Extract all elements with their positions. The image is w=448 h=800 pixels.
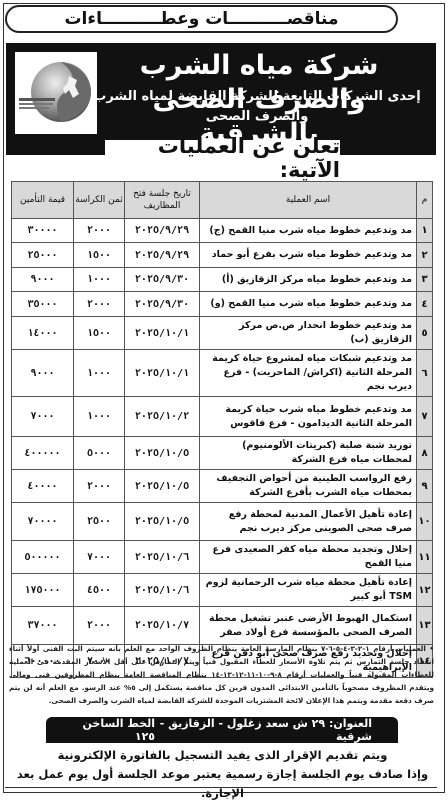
- row-insurance: ٥٠٠٠٠٠: [12, 541, 74, 574]
- row-name: رفع الرواسب الطينية من أحواض التجفيف بمح…: [200, 470, 417, 503]
- row-num: ١: [417, 219, 433, 243]
- announcement-text: تعلن عن العمليات الآتية:: [105, 134, 340, 182]
- row-date: ٢٠٢٥/١٠/٧: [125, 607, 200, 645]
- row-date: ٢٠٢٥/١٠/١: [125, 317, 200, 350]
- row-name: إعادة تأهيل محطة مياه شرب الرحمانية لزوم…: [200, 574, 417, 607]
- row-insurance: ٩٠٠٠: [12, 268, 74, 292]
- row-booklet-price: ٤٥٠٠: [74, 574, 125, 607]
- footer-line-2: وإذا صادف يوم الجلسة إجازة رسمية يعتبر م…: [10, 765, 435, 800]
- table-row: ٤ مد وتدعيم خطوط مياه شرب منيا القمح (و)…: [12, 292, 433, 317]
- row-insurance: ٣٧٠٠٠: [12, 607, 74, 645]
- address-text: العنوان: ٢٩ ش سعد زغلول - الزقازيق - شرق…: [155, 717, 372, 743]
- row-name: مد وتدعيم شبكات مياه لمشروع حياة كريمة ا…: [200, 350, 417, 397]
- row-num: ٩: [417, 470, 433, 503]
- row-booklet-price: ٢٠٠٠: [74, 470, 125, 503]
- frame-bottom-rule: [5, 787, 437, 788]
- row-name: مد وتدعيم خطوط مياه شرب منيا القمح (و): [200, 292, 417, 317]
- row-date: ٢٠٢٥/٩/٢٩: [125, 243, 200, 268]
- row-name: توريد شبة صلبة (كبريتات الألومنيوم) لمحط…: [200, 437, 417, 470]
- row-date: ٢٠٢٥/١٠/٢: [125, 397, 200, 437]
- row-booklet-price: ١٥٠٠: [74, 243, 125, 268]
- table-row: ٢ مد وتدعيم خطوط مياه شرب بفرع أبو حماد …: [12, 243, 433, 268]
- hotline-text: الخط الساخن ١٢٥: [72, 717, 155, 743]
- row-num: ١٣: [417, 607, 433, 645]
- col-header-insurance: قيمة التأمين: [12, 182, 74, 219]
- row-insurance: ٤٠٠٠٠: [12, 470, 74, 503]
- table-row: ٨ توريد شبة صلبة (كبريتات الألومنيوم) لم…: [12, 437, 433, 470]
- row-insurance: ٤٠٠٠٠٠: [12, 437, 74, 470]
- row-insurance: ٣٥٠٠٠: [12, 292, 74, 317]
- tenders-table: م اسم العملية تاريخ جلسة فتح المظاريف ثم…: [11, 181, 433, 678]
- col-header-num: م: [417, 182, 433, 219]
- row-num: ٢: [417, 243, 433, 268]
- row-num: ٦: [417, 350, 433, 397]
- row-booklet-price: ٧٠٠٠: [74, 541, 125, 574]
- row-booklet-price: ٢٥٠٠: [74, 503, 125, 541]
- row-insurance: ٧٠٠٠٠: [12, 503, 74, 541]
- row-insurance: ٧٠٠٠: [12, 397, 74, 437]
- row-booklet-price: ١٥٠٠: [74, 317, 125, 350]
- tender-notes: • العمليات أرقام ١-٢-٣-٤-٥-٦-٧ بنظام الم…: [9, 642, 434, 707]
- row-booklet-price: ٥٠٠٠: [74, 437, 125, 470]
- row-date: ٢٠٢٥/٩/٣٠: [125, 268, 200, 292]
- row-date: ٢٠٢٥/١٠/٦: [125, 574, 200, 607]
- row-insurance: ١٤٠٠٠: [12, 317, 74, 350]
- row-name: مد وتدعيم خطوط مياه مركز الزقازيق (أ): [200, 268, 417, 292]
- row-name: مد وتدعيم خطوط مياه شرب حياة كريمة المرح…: [200, 397, 417, 437]
- table-row: ١٠ إعادة تأهيل الأعمال المدنية لمحطة رفع…: [12, 503, 433, 541]
- row-insurance: ٣٠٠٠٠: [12, 219, 74, 243]
- row-num: ٨: [417, 437, 433, 470]
- announcement-heading: تعلن عن العمليات الآتية:: [105, 140, 340, 176]
- address-bar: العنوان: ٢٩ ش سعد زغلول - الزقازيق - شرق…: [46, 717, 398, 743]
- row-insurance: ٢٥٠٠٠: [12, 243, 74, 268]
- section-header-label: مناقصــــــــــات وعطــــــــــاءات: [64, 9, 338, 29]
- row-booklet-price: ٢٠٠٠: [74, 607, 125, 645]
- row-num: ٤: [417, 292, 433, 317]
- table-row: ٦ مد وتدعيم شبكات مياه لمشروع حياة كريمة…: [12, 350, 433, 397]
- footer-line-1: ويتم تقديم الإقرار الذى يفيد التسجيل بال…: [10, 746, 435, 765]
- table-row: ٧ مد وتدعيم خطوط مياه شرب حياة كريمة الم…: [12, 397, 433, 437]
- table-row: ١٣ استكمال الهبوط الأرضى عنبر تشغيل محطة…: [12, 607, 433, 645]
- row-booklet-price: ٢٠٠٠: [74, 219, 125, 243]
- col-header-date: تاريخ جلسة فتح المظاريف: [125, 182, 200, 219]
- row-date: ٢٠٢٥/١٠/٥: [125, 470, 200, 503]
- row-booklet-price: ٢٠٠٠: [74, 292, 125, 317]
- row-date: ٢٠٢٥/٩/٣٠: [125, 292, 200, 317]
- row-date: ٢٠٢٥/١٠/٥: [125, 437, 200, 470]
- row-date: ٢٠٢٥/١٠/٦: [125, 541, 200, 574]
- row-num: ١٢: [417, 574, 433, 607]
- row-num: ١١: [417, 541, 433, 574]
- row-num: ٣: [417, 268, 433, 292]
- table-row: ٣ مد وتدعيم خطوط مياه مركز الزقازيق (أ) …: [12, 268, 433, 292]
- row-booklet-price: ١٠٠٠: [74, 268, 125, 292]
- row-insurance: ١٧٥٠٠٠: [12, 574, 74, 607]
- table-row: ١٢ إعادة تأهيل محطة مياه شرب الرحمانية ل…: [12, 574, 433, 607]
- row-booklet-price: ١٠٠٠: [74, 397, 125, 437]
- logo-globe-horse-icon: [17, 54, 95, 132]
- col-header-name: اسم العملية: [200, 182, 417, 219]
- row-name: مد وتدعيم خطوط انحدار ص.ص مركز الزقازيق …: [200, 317, 417, 350]
- footer-notes: ويتم تقديم الإقرار الذى يفيد التسجيل بال…: [10, 746, 435, 800]
- table-row: ١١ إحلال وتجديد محطة مياه كفر الصعيدى فر…: [12, 541, 433, 574]
- company-subtitle: إحدى الشركات التابعة للشركة القابضة لميا…: [92, 87, 422, 127]
- table-header-row: م اسم العملية تاريخ جلسة فتح المظاريف ثم…: [12, 182, 433, 219]
- row-booklet-price: ١٠٠٠: [74, 350, 125, 397]
- table-row: ٩ رفع الرواسب الطينية من أحواض التجفيف ب…: [12, 470, 433, 503]
- row-num: ٥: [417, 317, 433, 350]
- row-date: ٢٠٢٥/١٠/١: [125, 350, 200, 397]
- row-name: استكمال الهبوط الأرضى عنبر تشغيل محطة ال…: [200, 607, 417, 645]
- row-insurance: ٩٠٠٠: [12, 350, 74, 397]
- row-date: ٢٠٢٥/٩/٢٩: [125, 219, 200, 243]
- table-row: ٥ مد وتدعيم خطوط انحدار ص.ص مركز الزقازي…: [12, 317, 433, 350]
- section-header: مناقصــــــــــات وعطــــــــــاءات: [5, 5, 398, 33]
- company-logo: [15, 52, 97, 134]
- row-date: ٢٠٢٥/١٠/٥: [125, 503, 200, 541]
- col-header-booklet-price: ثمن الكراسة: [74, 182, 125, 219]
- row-name: مد وتدعيم خطوط مياه شرب بفرع أبو حماد: [200, 243, 417, 268]
- row-name: إعادة تأهيل الأعمال المدنية لمحطة رفع صر…: [200, 503, 417, 541]
- row-num: ٧: [417, 397, 433, 437]
- row-name: إحلال وتجديد محطة مياه كفر الصعيدى فرع م…: [200, 541, 417, 574]
- row-name: مد وتدعيم خطوط مياه شرب منيا القمح (ج): [200, 219, 417, 243]
- table-row: ١ مد وتدعيم خطوط مياه شرب منيا القمح (ج)…: [12, 219, 433, 243]
- row-num: ١٠: [417, 503, 433, 541]
